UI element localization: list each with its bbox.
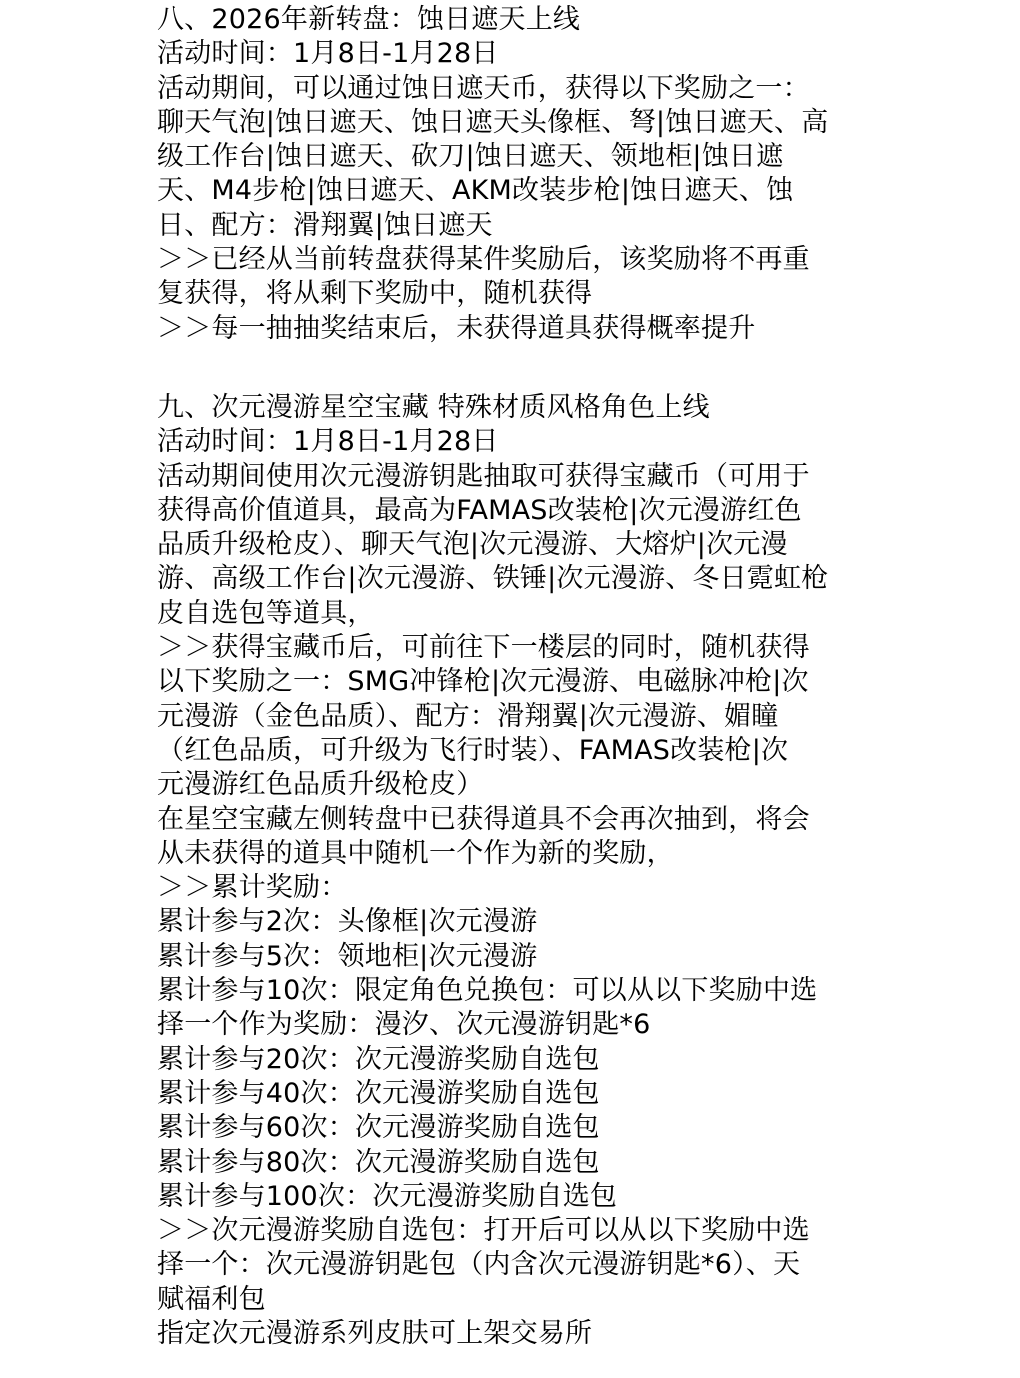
section-8-event-time: 活动时间：1月8日-1月28日 bbox=[157, 37, 877, 71]
section-8-text-line: 活动期间，可以通过蚀日遮天币，获得以下奖励之一： bbox=[157, 72, 877, 106]
cumulative-reward-item: 累计参与60次：次元漫游奖励自选包 bbox=[157, 1111, 877, 1145]
cumulative-rewards-heading: ＞＞累计奖励： bbox=[157, 871, 877, 905]
section-8-text-line: 聊天气泡|蚀日遮天、蚀日遮天头像框、弩|蚀日遮天、高 bbox=[157, 106, 877, 140]
section-8-note-line: ＞＞每一抽抽奖结束后，未获得道具获得概率提升 bbox=[157, 312, 877, 346]
section-8-text-line: 天、M4步枪|蚀日遮天、AKM改装步枪|蚀日遮天、蚀 bbox=[157, 174, 877, 208]
cumulative-reward-item: 择一个作为奖励：漫汐、次元漫游钥匙*6 bbox=[157, 1008, 877, 1042]
cumulative-reward-item: 累计参与40次：次元漫游奖励自选包 bbox=[157, 1077, 877, 1111]
section-8-title: 八、2026年新转盘：蚀日遮天上线 bbox=[157, 3, 877, 37]
section-9-text-line: 活动期间使用次元漫游钥匙抽取可获得宝藏币（可用于 bbox=[157, 460, 877, 494]
cumulative-reward-item: 累计参与80次：次元漫游奖励自选包 bbox=[157, 1146, 877, 1180]
cumulative-reward-item: 累计参与5次：领地柜|次元漫游 bbox=[157, 940, 877, 974]
cumulative-reward-item: 累计参与20次：次元漫游奖励自选包 bbox=[157, 1043, 877, 1077]
section-9-note-line: 元漫游（金色品质）、配方：滑翔翼|次元漫游、媚瞳 bbox=[157, 700, 877, 734]
cumulative-reward-item: 累计参与100次：次元漫游奖励自选包 bbox=[157, 1180, 877, 1214]
section-9-note-line: 元漫游红色品质升级枪皮） bbox=[157, 768, 877, 802]
section-9-note-line: 以下奖励之一：SMG冲锋枪|次元漫游、电磁脉冲枪|次 bbox=[157, 665, 877, 699]
section-divider-space bbox=[157, 346, 877, 391]
document-body: 八、2026年新转盘：蚀日遮天上线 活动时间：1月8日-1月28日 活动期间，可… bbox=[157, 3, 877, 1351]
section-8: 八、2026年新转盘：蚀日遮天上线 活动时间：1月8日-1月28日 活动期间，可… bbox=[157, 3, 877, 346]
section-9-text-line: 皮自选包等道具， bbox=[157, 597, 877, 631]
section-9-text-line: 获得高价值道具，最高为FAMAS改装枪|次元漫游红色 bbox=[157, 494, 877, 528]
trading-note-line: 指定次元漫游系列皮肤可上架交易所 bbox=[157, 1317, 877, 1351]
section-8-text-line: 级工作台|蚀日遮天、砍刀|蚀日遮天、领地柜|蚀日遮 bbox=[157, 140, 877, 174]
section-8-note-line: ＞＞已经从当前转盘获得某件奖励后，该奖励将不再重 bbox=[157, 243, 877, 277]
section-8-note-line: 复获得，将从剩下奖励中，随机获得 bbox=[157, 277, 877, 311]
section-9-text-line: 在星空宝藏左侧转盘中已获得道具不会再次抽到，将会 bbox=[157, 803, 877, 837]
reward-pack-note-line: 赋福利包 bbox=[157, 1283, 877, 1317]
section-9-title: 九、次元漫游星空宝藏 特殊材质风格角色上线 bbox=[157, 391, 877, 425]
section-8-text-line: 日、配方：滑翔翼|蚀日遮天 bbox=[157, 209, 877, 243]
section-9-note-line: （红色品质，可升级为飞行时装）、FAMAS改装枪|次 bbox=[157, 734, 877, 768]
reward-pack-note-line: 择一个：次元漫游钥匙包（内含次元漫游钥匙*6）、天 bbox=[157, 1248, 877, 1282]
reward-pack-note-line: ＞＞次元漫游奖励自选包：打开后可以从以下奖励中选 bbox=[157, 1214, 877, 1248]
section-9-text-line: 品质升级枪皮）、聊天气泡|次元漫游、大熔炉|次元漫 bbox=[157, 528, 877, 562]
cumulative-reward-item: 累计参与2次：头像框|次元漫游 bbox=[157, 905, 877, 939]
cumulative-reward-item: 累计参与10次：限定角色兑换包：可以从以下奖励中选 bbox=[157, 974, 877, 1008]
section-9-text-line: 游、高级工作台|次元漫游、铁锤|次元漫游、冬日霓虹枪 bbox=[157, 562, 877, 596]
section-9-event-time: 活动时间：1月8日-1月28日 bbox=[157, 425, 877, 459]
section-9-note-line: ＞＞获得宝藏币后，可前往下一楼层的同时，随机获得 bbox=[157, 631, 877, 665]
section-9-text-line: 从未获得的道具中随机一个作为新的奖励， bbox=[157, 837, 877, 871]
section-9: 九、次元漫游星空宝藏 特殊材质风格角色上线 活动时间：1月8日-1月28日 活动… bbox=[157, 391, 877, 1351]
